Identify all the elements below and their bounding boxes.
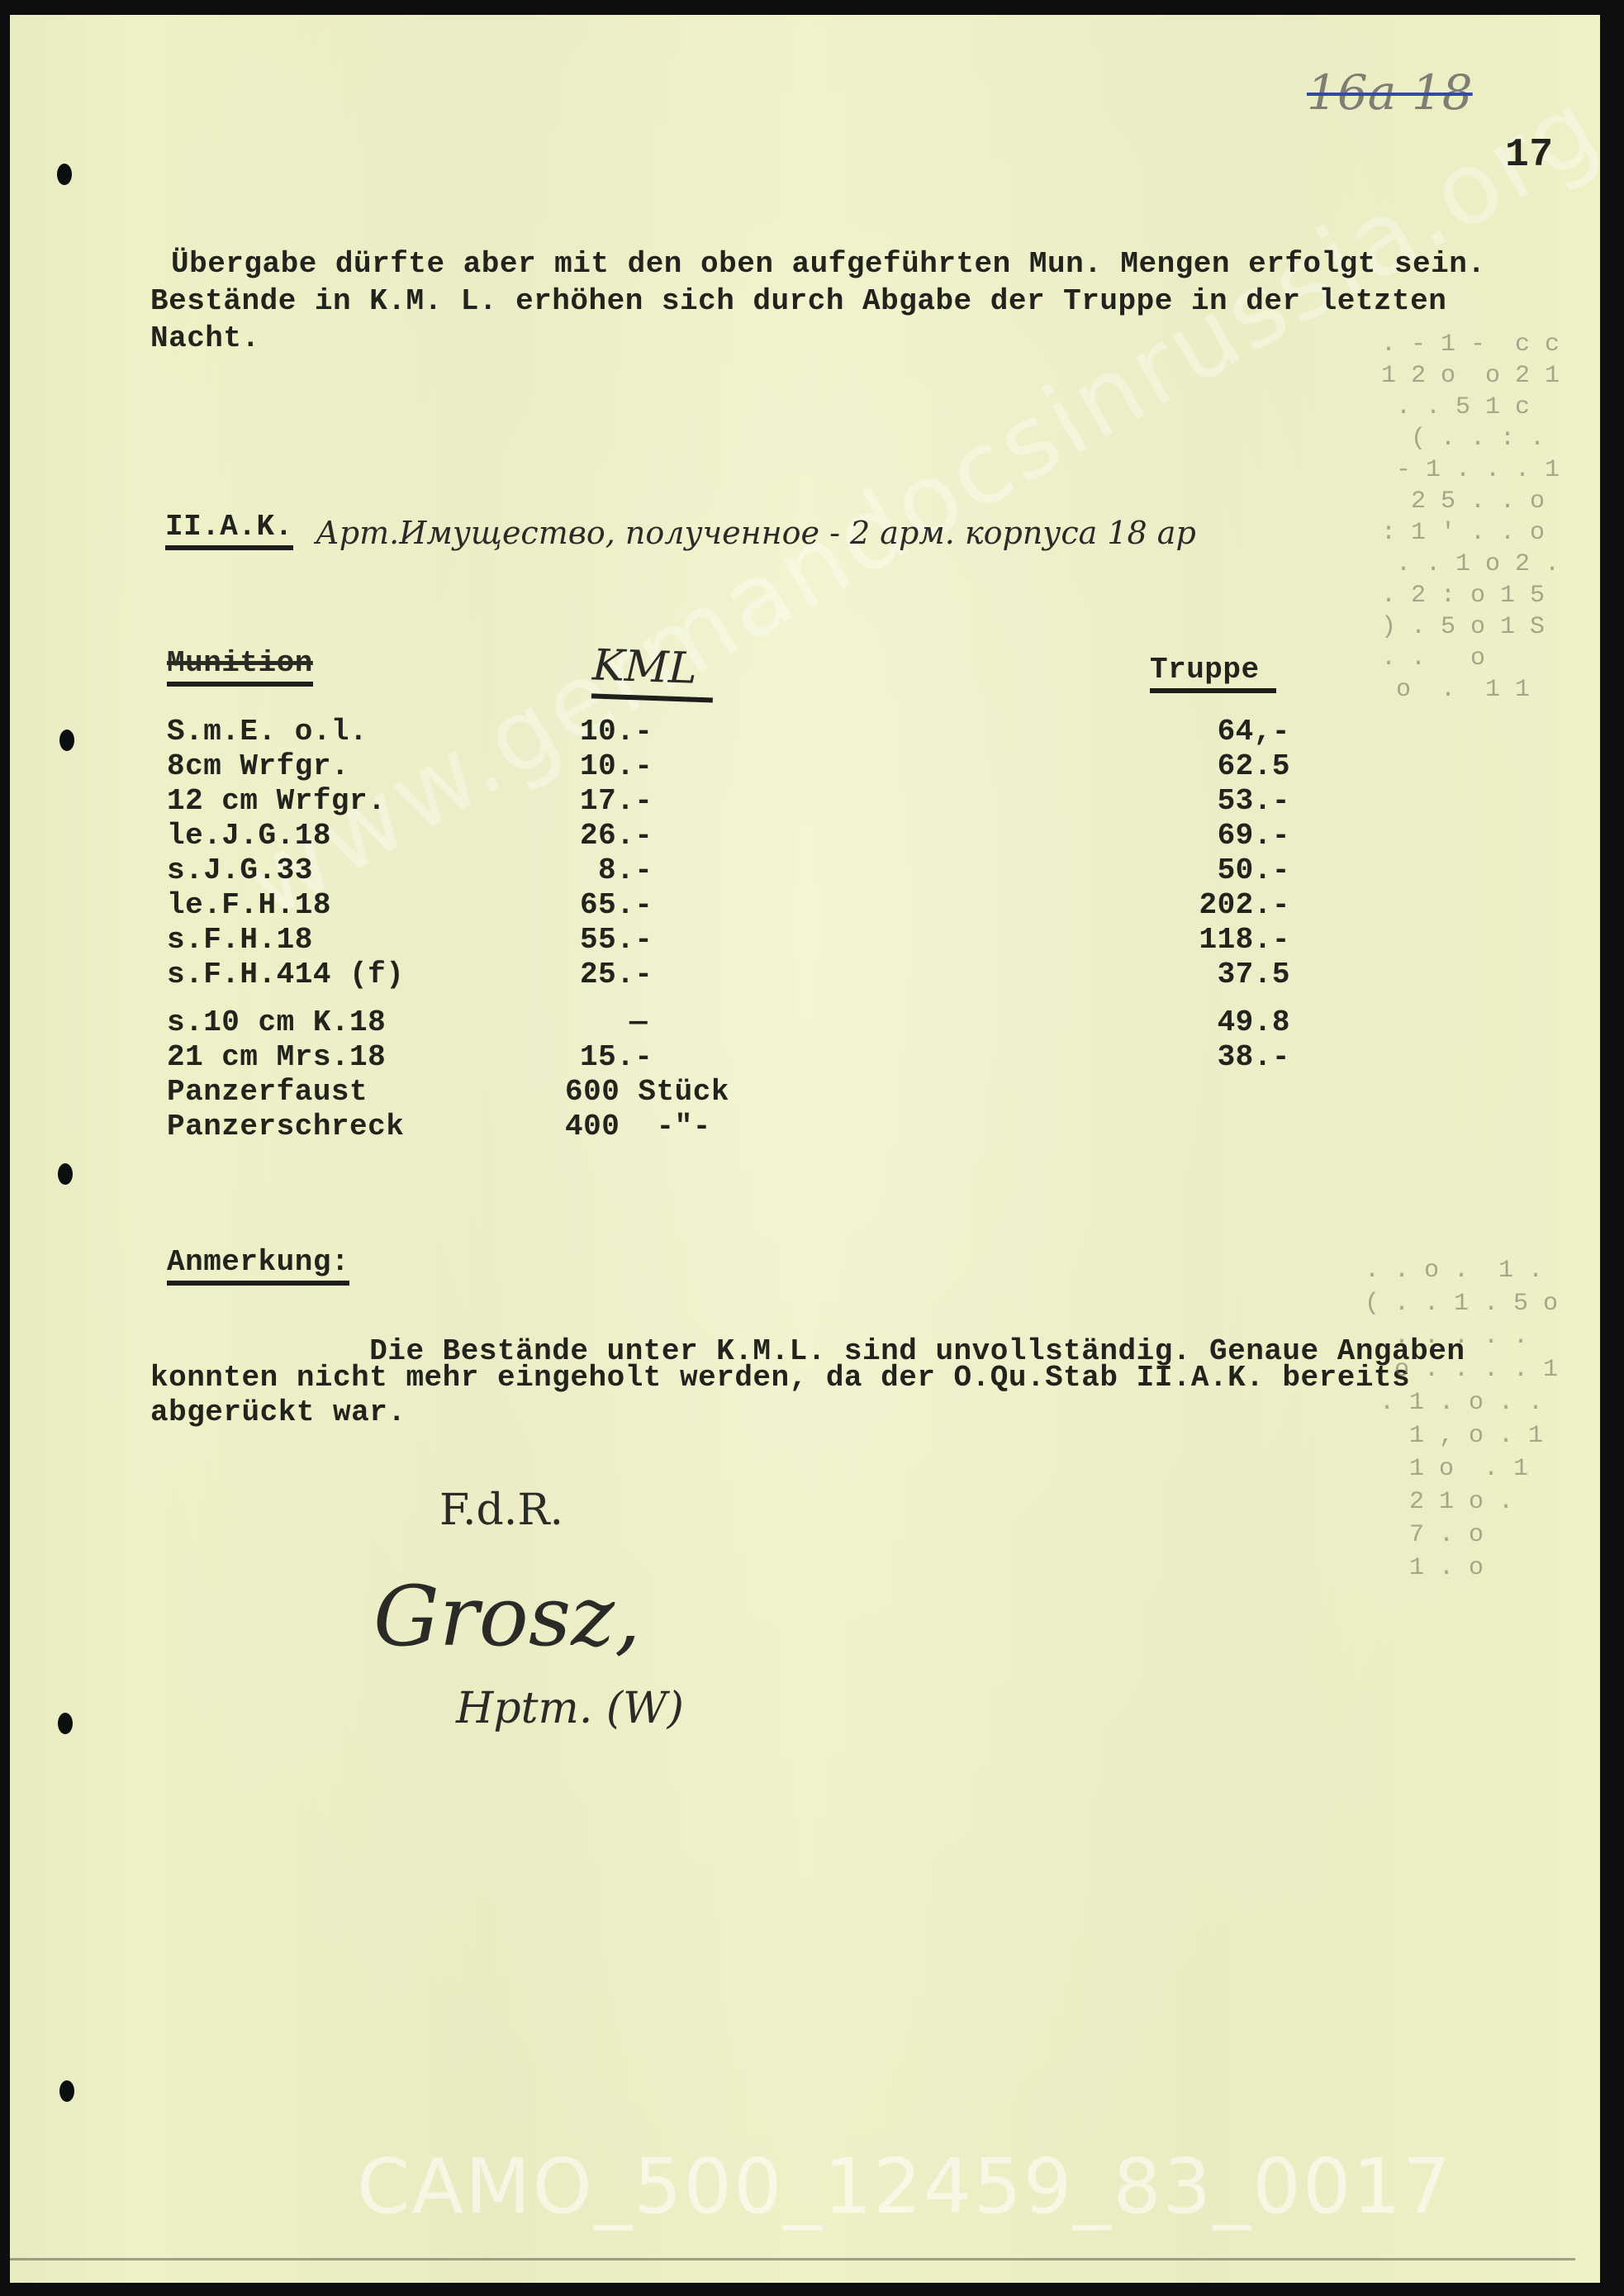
note-line-3: abgerückt war.	[150, 1396, 406, 1429]
row-item: 8cm Wrfgr.	[167, 750, 349, 783]
punch-hole	[58, 1163, 73, 1185]
row-item: Panzerfaust	[167, 1076, 368, 1109]
document-page: www.germandocsinrussia.org CAMO_500_1245…	[10, 15, 1600, 2283]
row-kml: —	[580, 1006, 795, 1039]
page-number: 17	[1505, 139, 1554, 172]
row-kml: 65.-	[580, 889, 745, 922]
row-kml: 25.-	[580, 958, 745, 991]
row-item: s.10 cm K.18	[167, 1006, 386, 1039]
row-item: s.F.H.414 (f)	[167, 958, 404, 991]
column-header-kml: KML	[591, 640, 715, 702]
section-heading: II.A.K.	[165, 511, 293, 550]
bleed-through-text: . - 1 - c c 1 2 o o 2 1 . . 5 1 c ( . . …	[1381, 329, 1560, 706]
punch-hole	[57, 164, 72, 185]
row-item: le.F.H.18	[167, 889, 331, 922]
archive-id-watermark: CAMO_500_12459_83_0017	[357, 2142, 1452, 2231]
row-kml: 17.-	[580, 785, 745, 818]
bottom-rule	[10, 2258, 1575, 2260]
row-truppe: 62.5	[1142, 750, 1290, 783]
row-truppe: 49.8	[1142, 1006, 1290, 1039]
signature-rank: Hptm. (W)	[456, 1684, 684, 1733]
punch-hole	[59, 2080, 74, 2102]
row-item: s.F.H.18	[167, 924, 313, 957]
row-kml: 55.-	[580, 924, 745, 957]
row-item: 21 cm Mrs.18	[167, 1041, 386, 1074]
row-truppe: 38.-	[1142, 1041, 1290, 1074]
punch-hole	[58, 1713, 73, 1734]
row-item: S.m.E. o.l.	[167, 715, 368, 749]
row-kml: 10.-	[580, 750, 745, 783]
row-item: s.J.G.33	[167, 854, 313, 887]
row-kml: 10.-	[580, 715, 745, 749]
note-line-2: konnten nicht mehr eingeholt werden, da …	[150, 1362, 1410, 1395]
intro-line-3: Nacht.	[150, 322, 260, 355]
row-kml: 15.-	[580, 1041, 745, 1074]
row-truppe: 69.-	[1142, 820, 1290, 853]
row-truppe: 37.5	[1142, 958, 1290, 991]
signature-name: Grosz,	[373, 1568, 641, 1665]
fdr-label: F.d.R.	[439, 1486, 563, 1535]
intro-line-2: Bestände in K.M. L. erhöhen sich durch A…	[150, 285, 1446, 318]
row-item: le.J.G.18	[167, 820, 331, 853]
row-kml: 600 Stück	[565, 1076, 729, 1109]
row-kml: 26.-	[580, 820, 745, 853]
row-kml: 8.-	[580, 854, 763, 887]
handwritten-russian-note: Арт.Имущество, полученное - 2 арм. корпу…	[316, 515, 1196, 551]
note-heading: Anmerkung:	[167, 1246, 349, 1286]
row-item: 12 cm Wrfgr.	[167, 785, 386, 818]
row-truppe: 118.-	[1142, 924, 1290, 957]
row-truppe: 202.-	[1142, 889, 1290, 922]
row-item: Panzerschreck	[167, 1110, 404, 1143]
row-truppe: 50.-	[1142, 854, 1290, 887]
intro-line-1: Übergabe dürfte aber mit den oben aufgef…	[171, 248, 1485, 281]
column-header-truppe: Truppe	[1150, 654, 1276, 693]
bleed-through-text: . . o . 1 . ( . . 1 . 5 o . . . . . o . …	[1365, 1254, 1558, 1585]
row-truppe: 53.-	[1142, 785, 1290, 818]
punch-hole	[59, 730, 74, 751]
row-truppe: 64,-	[1142, 715, 1290, 749]
row-kml: 400 -"-	[565, 1110, 711, 1143]
column-header-item: Munition	[167, 647, 313, 687]
old-page-number: 16a 18	[1307, 64, 1473, 121]
